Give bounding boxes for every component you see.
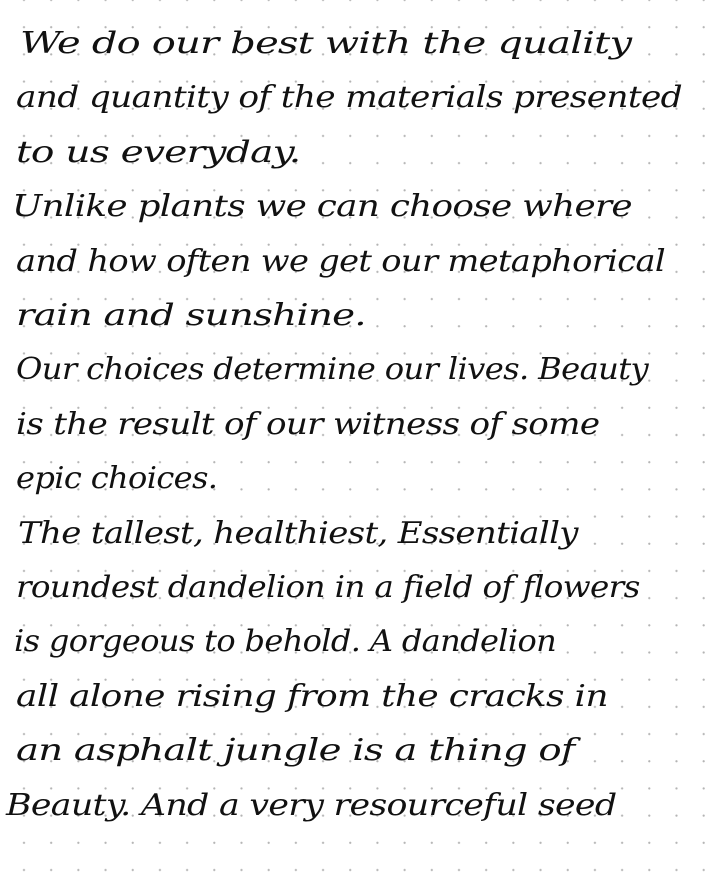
- text-line-4: Unlike plants we can choose where: [12, 192, 632, 222]
- text-line-9: epic choices.: [16, 464, 217, 494]
- text-line-11: roundest dandelion in a field of flowers: [16, 573, 640, 603]
- text-line-13: all alone rising from the cracks in: [16, 682, 608, 712]
- text-line-7: Our choices determine our lives. Beauty: [16, 355, 648, 385]
- text-line-5: and how often we get our metaphorical: [16, 247, 665, 277]
- text-line-2: and quantity of the materials presented: [16, 83, 682, 113]
- text-line-15: Beauty. And a very resourceful seed: [6, 791, 616, 821]
- handwritten-text: We do our best with the quality and quan…: [0, 0, 708, 873]
- text-line-14: an asphalt jungle is a thing of: [16, 736, 574, 766]
- dot-grid-paper: We do our best with the quality and quan…: [0, 0, 708, 873]
- text-line-8: is the result of our witness of some: [16, 410, 599, 440]
- text-line-12: is gorgeous to behold. A dandelion: [14, 627, 556, 657]
- text-line-6: rain and sunshine.: [16, 301, 366, 331]
- text-line-1: We do our best with the quality: [20, 29, 631, 59]
- text-line-3: to us everyday.: [16, 138, 300, 168]
- text-line-10: The tallest, healthiest, Essentially: [18, 519, 578, 549]
